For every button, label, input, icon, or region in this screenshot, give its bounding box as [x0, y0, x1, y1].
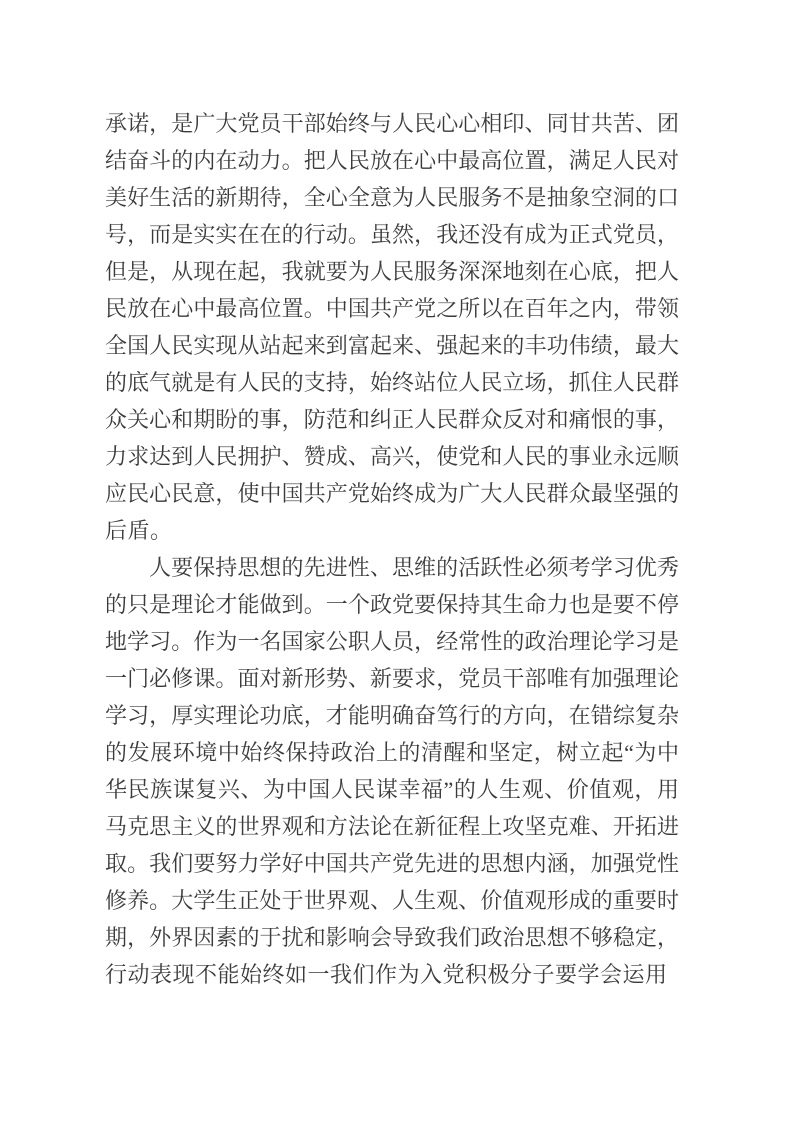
text-line: 但是，从现在起，我就要为人民服务深深地刻在心底，把人 [105, 253, 679, 290]
text-line: 的底气就是有人民的支持，始终站位人民立场，抓住人民群 [105, 364, 679, 401]
text-line: 期，外界因素的于扰和影响会导致我们政治思想不够稳定， [105, 919, 679, 956]
text-line: 学习，厚实理论功底，才能明确奋笃行的方向，在错综复杂 [105, 697, 679, 734]
text-line: 承诺，是广大党员干部始终与人民心心相印、同甘共苦、团 [105, 105, 679, 142]
text-line: 一门必修课。面对新形势、新要求，党员干部唯有加强理论 [105, 660, 679, 697]
text-line: 行动表现不能始终如一我们作为入党积极分子要学会运用 [105, 956, 679, 993]
text-line: 的发展环境中始终保持政治上的清醒和坚定，树立起“为中 [105, 734, 679, 771]
paragraph: 承诺，是广大党员干部始终与人民心心相印、同甘共苦、团 结奋斗的内在动力。把人民放… [105, 105, 679, 549]
text-line: 取。我们要努力学好中国共产党先进的思想内涵，加强党性 [105, 845, 679, 882]
text-line: 修养。大学生正处于世界观、人生观、价值观形成的重要时 [105, 882, 679, 919]
text-line: 众关心和期盼的事，防范和纠正人民群众反对和痛恨的事， [105, 401, 679, 438]
text-line: 地学习。作为一名国家公职人员，经常性的政治理论学习是 [105, 623, 679, 660]
document-page: 承诺，是广大党员干部始终与人民心心相印、同甘共苦、团 结奋斗的内在动力。把人民放… [0, 0, 793, 1122]
text-line: 民放在心中最高位置。中国共产党之所以在百年之内，带领 [105, 290, 679, 327]
text-line: 后盾。 [105, 512, 679, 549]
paragraph: 人要保持思想的先进性、思维的活跃性必须考学习优秀 的只是理论才能做到。一个政党要… [105, 549, 679, 993]
text-line: 人要保持思想的先进性、思维的活跃性必须考学习优秀 [105, 549, 679, 586]
text-line: 应民心民意，使中国共产党始终成为广大人民群众最坚强的 [105, 475, 679, 512]
text-line: 华民族谋复兴、为中国人民谋幸福”的人生观、价值观，用 [105, 771, 679, 808]
text-line: 结奋斗的内在动力。把人民放在心中最高位置，满足人民对 [105, 142, 679, 179]
text-line: 马克思主义的世界观和方法论在新征程上攻坚克难、开拓进 [105, 808, 679, 845]
text-line: 全国人民实现从站起来到富起来、强起来的丰功伟绩，最大 [105, 327, 679, 364]
text-line: 美好生活的新期待，全心全意为人民服务不是抽象空洞的口 [105, 179, 679, 216]
document-body-text: 承诺，是广大党员干部始终与人民心心相印、同甘共苦、团 结奋斗的内在动力。把人民放… [105, 105, 679, 993]
text-line: 力求达到人民拥护、赞成、高兴，使党和人民的事业永远顺 [105, 438, 679, 475]
text-line: 号，而是实实在在的行动。虽然，我还没有成为正式党员， [105, 216, 679, 253]
text-line: 的只是理论才能做到。一个政党要保持其生命力也是要不停 [105, 586, 679, 623]
